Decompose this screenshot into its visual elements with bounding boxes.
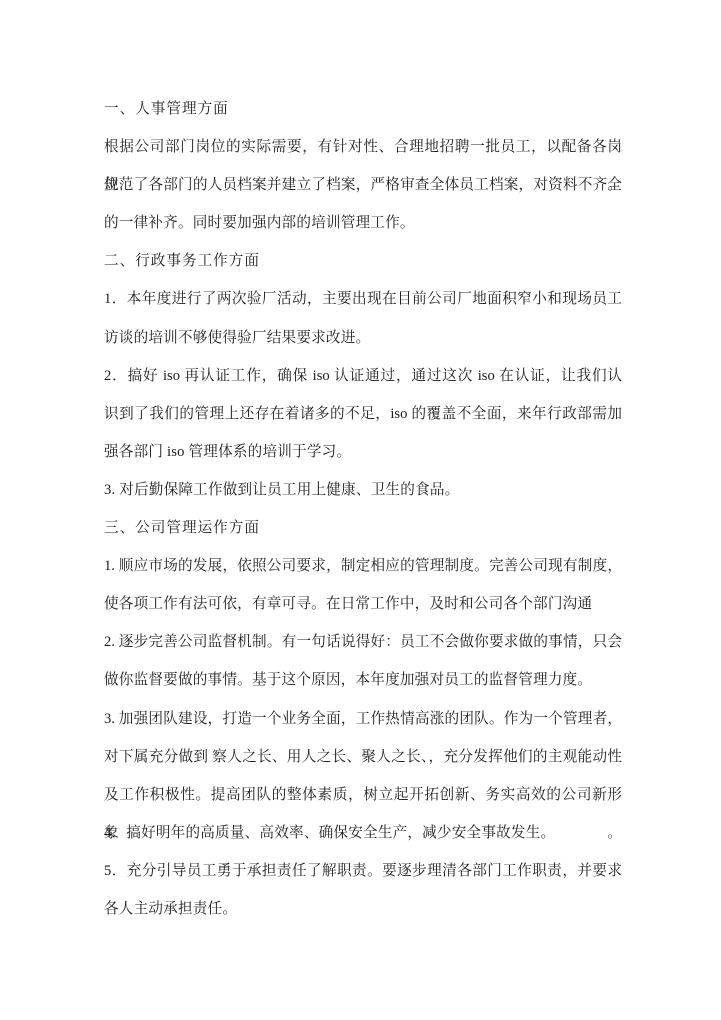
text-line: 做你监督要做的事情。基于这个原因，本年度加强对员工的监督管理力度。: [104, 661, 622, 699]
text-line: 各人主动承担责任。: [104, 890, 622, 928]
text-line: 的一律补齐。同时要加强内部的培训管理工作。: [104, 204, 622, 242]
text-line: 访谈的培训不够使得验厂结果要求改进。: [104, 319, 622, 357]
section-heading-3: 三、公司管理运作方面: [104, 509, 622, 547]
text-line: 对下属充分做到 察人之长、用人之长、聚人之长、，充分发挥他们的主观能动性: [104, 738, 622, 776]
text-line: 2．搞好 iso 再认证工作，确保 iso 认证通过，通过这次 iso 在认证，…: [104, 357, 622, 395]
section-heading-2: 二、行政事务工作方面: [104, 242, 622, 280]
text-line: 1．本年度进行了两次验厂活动，主要出现在目前公司厂地面积窄小和现场员工: [104, 280, 622, 318]
text-line: 2. 逐步完善公司监督机制。有一句话说得好：员工不会做你要求做的事情，只会: [104, 623, 622, 661]
text-line: 5．充分引导员工勇于承担责任了解职责。要逐步理清各部门工作职责，并要求: [104, 852, 622, 890]
text-line: 3. 对后勤保障工作做到让员工用上健康、卫生的食品。: [104, 471, 622, 509]
text-line: 识到了我们的管理上还存在着诸多的不足，iso 的覆盖不全面，来年行政部需加: [104, 395, 622, 433]
text-line: 根据公司部门岗位的实际需要，有针对性、合理地招聘一批员工，以配备各岗位。: [104, 128, 622, 166]
text-line: 使各项工作有法可依，有章可寻。在日常工作中，及时和公司各个部门沟通: [104, 585, 622, 623]
text-line: 及工作积极性。提高团队的整体素质，树立起开拓创新、务实高效的公司新形象。: [104, 776, 622, 814]
section-heading-1: 一、人事管理方面: [104, 90, 622, 128]
text-line: 强各部门 iso 管理体系的培训于学习。: [104, 433, 622, 471]
text-line: 规范了各部门的人员档案并建立了档案，严格审查全体员工档案，对资料不齐全: [104, 166, 622, 204]
text-line: 4．搞好明年的高质量、高效率、确保安全生产，减少安全事故发生。: [104, 814, 622, 852]
document-page: 一、人事管理方面 根据公司部门岗位的实际需要，有针对性、合理地招聘一批员工，以配…: [0, 0, 721, 1020]
text-line: 1. 顺应市场的发展，依照公司要求，制定相应的管理制度。完善公司现有制度，: [104, 547, 622, 585]
document-body: 一、人事管理方面 根据公司部门岗位的实际需要，有针对性、合理地招聘一批员工，以配…: [104, 90, 622, 928]
text-line: 3. 加强团队建设，打造一个业务全面，工作热情高涨的团队。作为一个管理者，: [104, 700, 622, 738]
